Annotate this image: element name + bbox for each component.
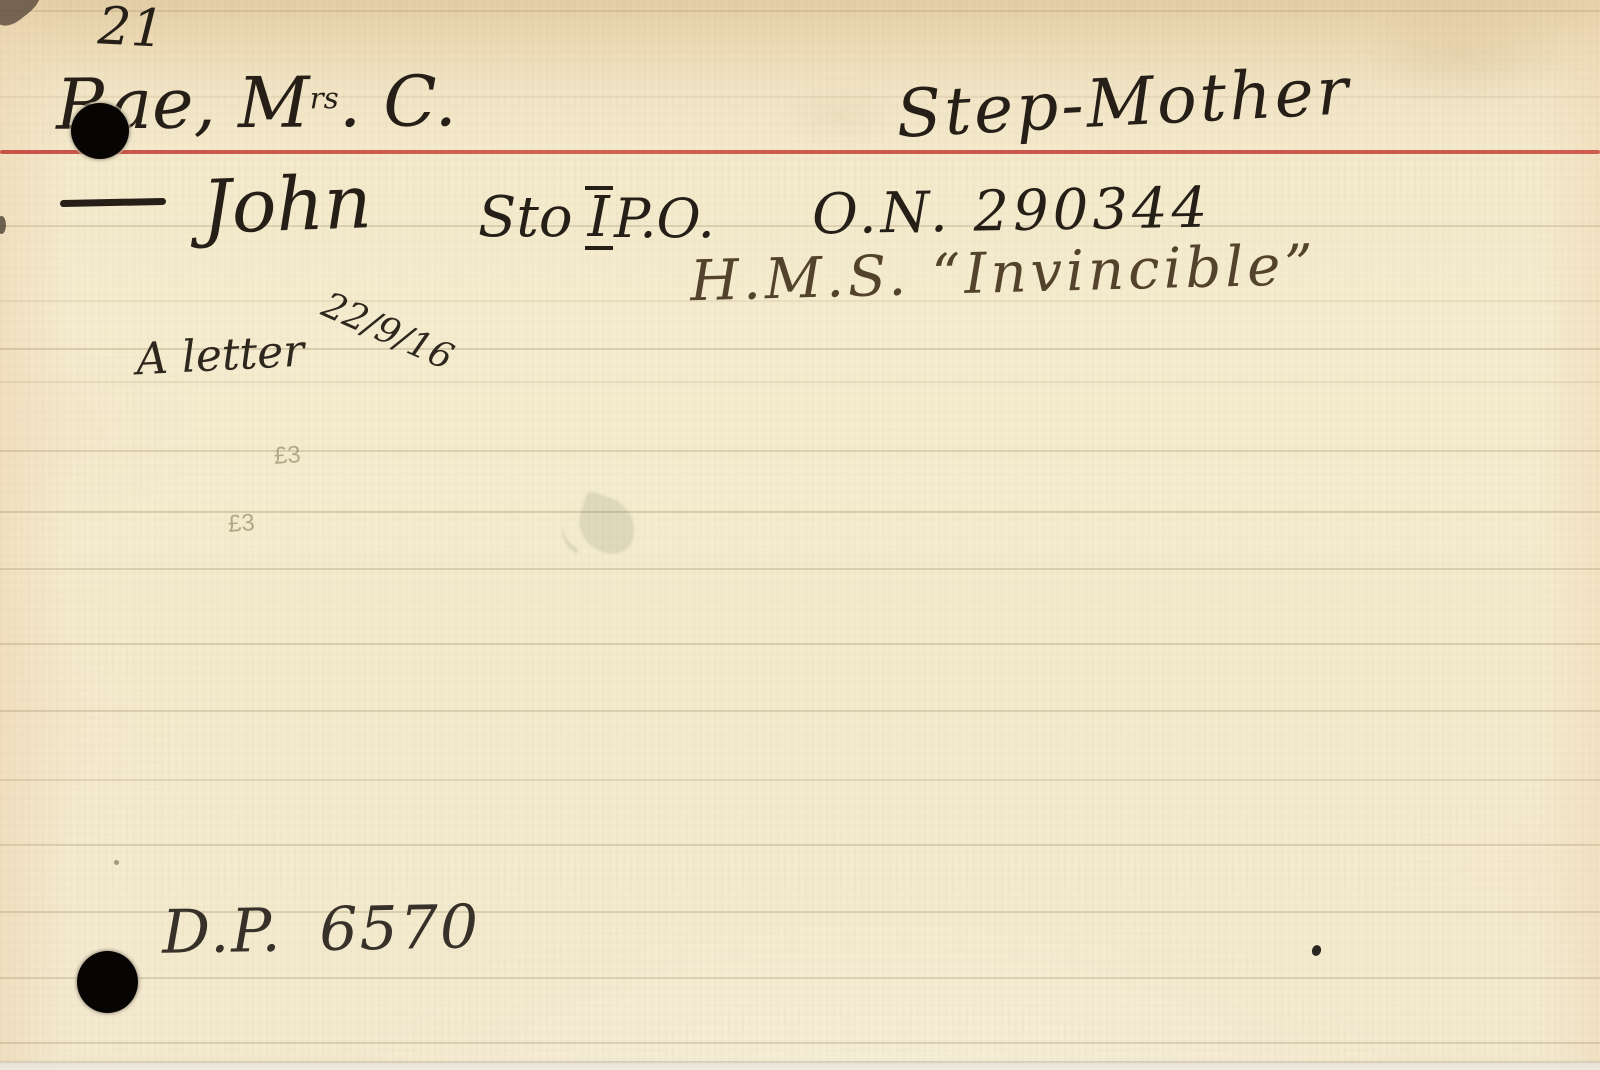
ruled-line <box>0 10 1600 12</box>
pencil-dot <box>114 860 119 865</box>
ruled-line <box>0 568 1600 570</box>
ruled-line <box>0 844 1600 846</box>
red-rule-line <box>0 150 1600 154</box>
pencil-mark-lower: £3 <box>227 509 256 539</box>
reference-number: D.P. 6570 <box>162 897 481 963</box>
ruled-line <box>0 1042 1600 1044</box>
ruled-line <box>0 779 1600 781</box>
rank: P.O. <box>614 192 715 246</box>
ruled-line <box>0 450 1600 452</box>
ruled-line <box>0 643 1600 645</box>
ship-name: H.M.S. “Invincible” <box>689 238 1317 310</box>
pencil-mark-upper: £3 <box>273 441 302 471</box>
rating-numeral: I <box>585 186 613 250</box>
card-bottom-edge <box>0 1061 1600 1070</box>
rating: StoI <box>478 186 613 250</box>
ruled-line <box>0 381 1600 383</box>
title-superscript: rs <box>309 81 338 115</box>
ruled-line <box>0 977 1600 979</box>
ruled-line <box>0 710 1600 712</box>
index-number: 21 <box>97 0 166 55</box>
note-text: A letter <box>135 330 305 383</box>
index-card: 21 Rae, Mrs. C. Step-Mother John StoI P.… <box>0 0 1600 1070</box>
official-number: O.N. 290344 <box>812 181 1212 244</box>
name-suffix: . C. <box>338 60 457 143</box>
hole-punch-top <box>71 103 129 159</box>
hole-punch-bottom <box>77 951 138 1013</box>
rating-abbrev: Sto <box>478 185 573 250</box>
given-name: John <box>201 165 373 245</box>
